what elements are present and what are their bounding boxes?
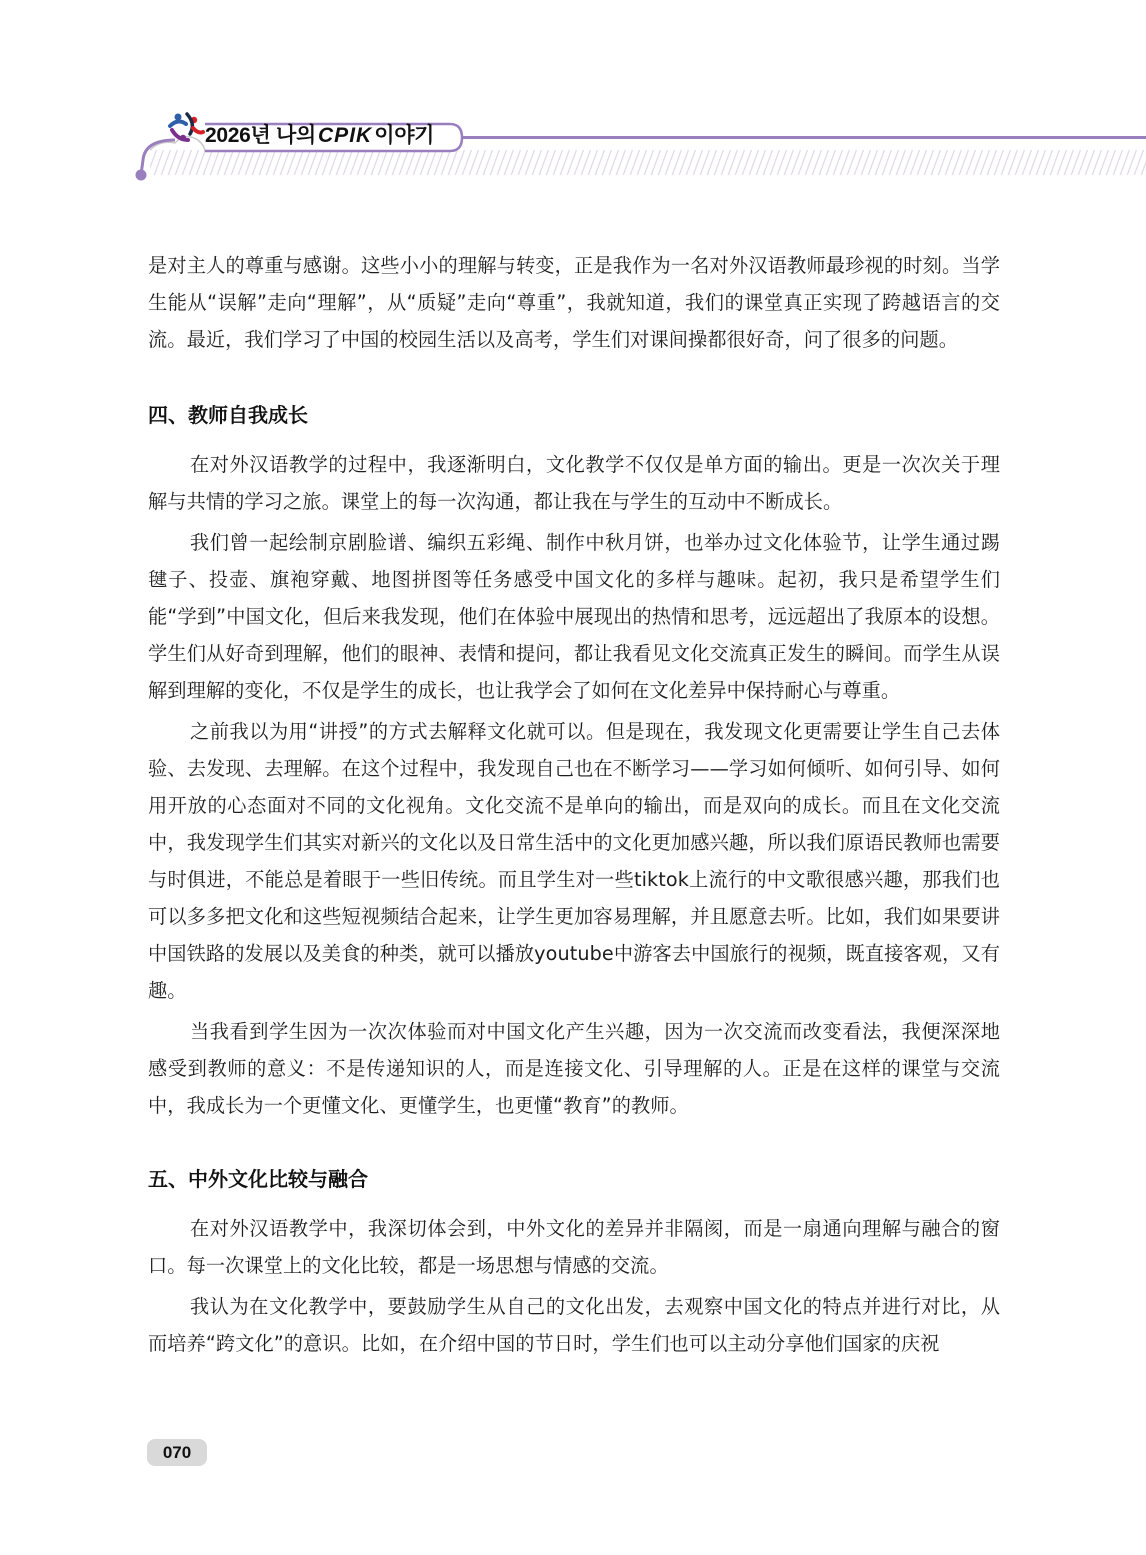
paragraph: 我们曾一起绘制京剧脸谱、编织五彩绳、制作中秋月饼，也举办过文化体验节，让学生通过… <box>148 524 1000 709</box>
page-header: 2026년 나의CPIK이야기 <box>0 0 1146 200</box>
section-title-cultural-comparison: 五、中外文化比较与融合 <box>148 1164 1000 1194</box>
header-title-prefix: 2026년 나의 <box>205 124 316 147</box>
header-title: 2026년 나의CPIK이야기 <box>205 121 434 151</box>
page-number-badge: 070 <box>147 1439 207 1466</box>
paragraph: 之前我以为用“讲授”的方式去解释文化就可以。但是现在，我发现文化更需要让学生自己… <box>148 713 1000 1009</box>
paragraph: 在对外汉语教学中，我深切体会到，中外文化的差异并非隔阂，而是一扇通向理解与融合的… <box>148 1210 1000 1284</box>
header-title-suffix: 이야기 <box>374 124 434 147</box>
section-title-teacher-growth: 四、教师自我成长 <box>148 400 1000 430</box>
article-body: 是对主人的尊重与感谢。这些小小的理解与转变，正是我作为一名对外汉语教师最珍视的时… <box>148 247 1000 1362</box>
header-decoration <box>0 0 1146 200</box>
header-title-brand: CPIK <box>318 124 372 147</box>
paragraph: 当我看到学生因为一次次体验而对中国文化产生兴趣，因为一次交流而改变看法，我便深深… <box>148 1013 1000 1124</box>
paragraph: 在对外汉语教学的过程中，我逐渐明白，文化教学不仅仅是单方面的输出。更是一次次关于… <box>148 446 1000 520</box>
paragraph: 我认为在文化教学中，要鼓励学生从自己的文化出发，去观察中国文化的特点并进行对比，… <box>148 1288 1000 1362</box>
intro-paragraph: 是对主人的尊重与感谢。这些小小的理解与转变，正是我作为一名对外汉语教师最珍视的时… <box>148 247 1000 358</box>
